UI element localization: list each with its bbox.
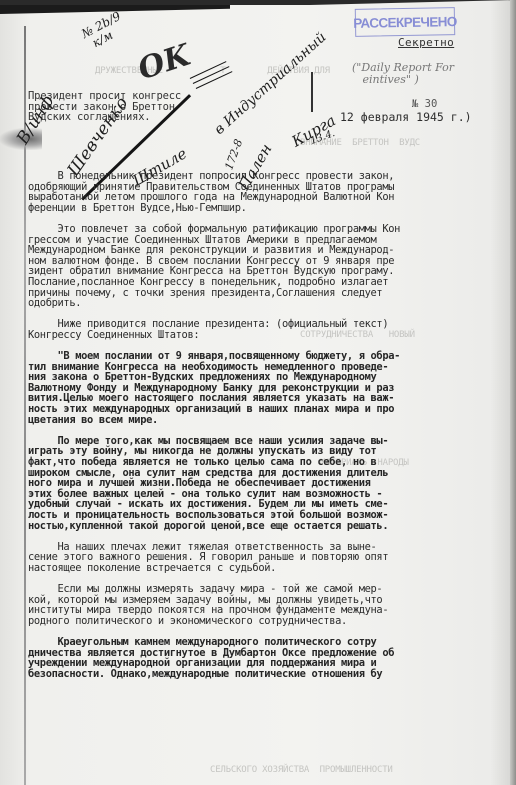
text-line: причины почему, с точки зрения президент… <box>28 288 516 299</box>
text-line: В понедельник президент попросил Конгрес… <box>28 171 516 182</box>
paragraph: "В моем послании от 9 января,посвященном… <box>28 351 516 425</box>
paragraph: В понедельник президент попросил Конгрес… <box>28 171 516 213</box>
scan-edge-shadow <box>0 0 516 5</box>
text-line: ностью,купленной такой дорогой ценой,все… <box>28 521 516 532</box>
classification-label: Секретно <box>398 36 454 49</box>
paragraph: На наших плечах лежит тяжелая ответствен… <box>28 542 516 574</box>
text-line: Это повлечет за собой формальную ратифик… <box>28 224 516 235</box>
handwritten-note: 172-8 <box>222 137 245 171</box>
declassified-stamp: РАССЕКРЕЧЕНО <box>355 7 455 37</box>
report-date: 12 февраля 1945 г.) <box>340 110 472 124</box>
text-line: безопасности. Однако,международные полит… <box>28 669 516 680</box>
paragraph: Краеугольным камнем международного полит… <box>28 637 516 679</box>
handwritten-ok-mark: OK <box>134 38 194 87</box>
text-line: родного политического и экономического с… <box>28 616 516 627</box>
paragraph: Если мы должны измерять задачу мира - то… <box>28 584 516 626</box>
text-line: ференции в Бреттон Вудсе,Нью-Гемпшир. <box>28 203 516 214</box>
document-page: ДРУЖЕСТВЕННЫЕ Т ДЕЙСТВИЯ ДЛЯ ВНИМАНИЕ БР… <box>0 0 516 785</box>
text-line: Конгрессу Соединенных Штатов: <box>28 330 516 341</box>
source-note: ("Daily Report For eintives" ) <box>352 62 454 86</box>
document-body: В понедельник президент попросил Конгрес… <box>28 171 516 690</box>
paragraph: Это повлечет за собой формальную ратифик… <box>28 224 516 309</box>
text-line: Послание,посланное Конгрессу в понедельн… <box>28 277 516 288</box>
paragraph: По мере того,как мы посвящаем все наши у… <box>28 436 516 531</box>
pen-vertical-mark <box>311 72 313 112</box>
bleed-through-text: СЕЛЬСКОГО ХОЗЯЙСТВА ПРОМЫШЛЕННОСТИ <box>210 765 393 775</box>
report-number: № 30 <box>412 98 437 110</box>
text-line: одобрить. <box>28 298 516 309</box>
text-line: цветания во всем мире. <box>28 415 516 426</box>
text-line: лость и проницательность воспользоваться… <box>28 510 516 521</box>
paragraph: Ниже приводится послание президента: (оф… <box>28 319 516 340</box>
text-line: настоящее поколение встречается с судьбо… <box>28 563 516 574</box>
source-note-line: eintives" ) <box>363 73 419 86</box>
